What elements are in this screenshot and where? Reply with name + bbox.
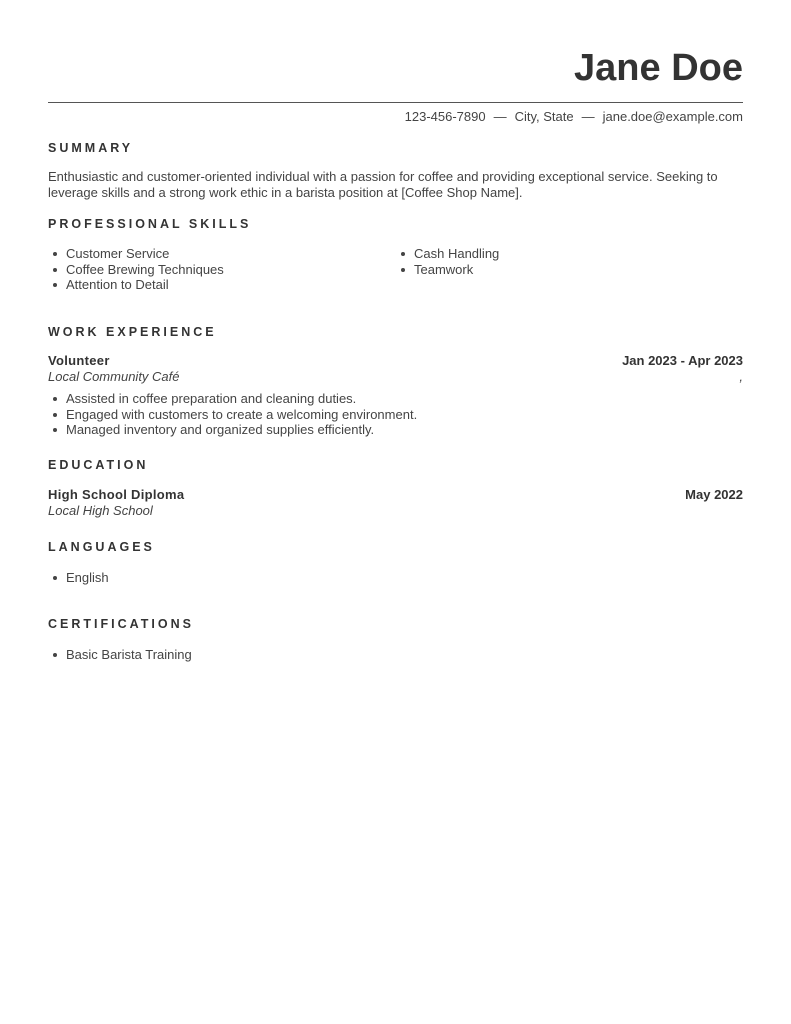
- skill-item: Customer Service: [66, 246, 224, 262]
- section-title-education: EDUCATION: [48, 458, 148, 472]
- job-location: ,: [739, 369, 743, 385]
- education-date: May 2022: [685, 487, 743, 503]
- education-degree: High School Diploma: [48, 487, 184, 503]
- summary-text: Enthusiastic and customer-oriented indiv…: [48, 169, 743, 201]
- languages-list: English: [48, 570, 109, 586]
- header-divider: [48, 102, 743, 103]
- skills-list-column-1: Customer Service Coffee Brewing Techniqu…: [48, 246, 224, 293]
- section-title-certifications: CERTIFICATIONS: [48, 617, 194, 631]
- section-title-skills: PROFESSIONAL SKILLS: [48, 217, 251, 231]
- certifications-list: Basic Barista Training: [48, 647, 192, 663]
- language-item: English: [66, 570, 109, 586]
- skill-item: Coffee Brewing Techniques: [66, 262, 224, 278]
- section-title-languages: LANGUAGES: [48, 540, 155, 554]
- job-bullet: Engaged with customers to create a welco…: [66, 407, 417, 423]
- contact-separator: —: [582, 109, 595, 124]
- contact-line: 123-456-7890—City, State—jane.doe@exampl…: [405, 109, 743, 125]
- job-title: Volunteer: [48, 353, 110, 369]
- job-bullet: Managed inventory and organized supplies…: [66, 422, 417, 438]
- job-organization: Local Community Café: [48, 369, 180, 385]
- skill-item: Teamwork: [414, 262, 499, 278]
- contact-location: City, State: [515, 109, 574, 124]
- skills-list-column-2: Cash Handling Teamwork: [396, 246, 499, 277]
- section-title-experience: WORK EXPERIENCE: [48, 325, 217, 339]
- job-bullets: Assisted in coffee preparation and clean…: [48, 391, 417, 438]
- contact-separator: —: [494, 109, 507, 124]
- section-title-summary: SUMMARY: [48, 141, 133, 155]
- skill-item: Cash Handling: [414, 246, 499, 262]
- contact-phone: 123-456-7890: [405, 109, 486, 124]
- certification-item: Basic Barista Training: [66, 647, 192, 663]
- skill-item: Attention to Detail: [66, 277, 224, 293]
- education-school: Local High School: [48, 503, 153, 519]
- job-dates: Jan 2023 - Apr 2023: [622, 353, 743, 369]
- contact-email[interactable]: jane.doe@example.com: [603, 109, 743, 124]
- resume-page: Jane Doe 123-456-7890—City, State—jane.d…: [0, 0, 791, 1024]
- job-bullet: Assisted in coffee preparation and clean…: [66, 391, 417, 407]
- candidate-name: Jane Doe: [574, 44, 743, 92]
